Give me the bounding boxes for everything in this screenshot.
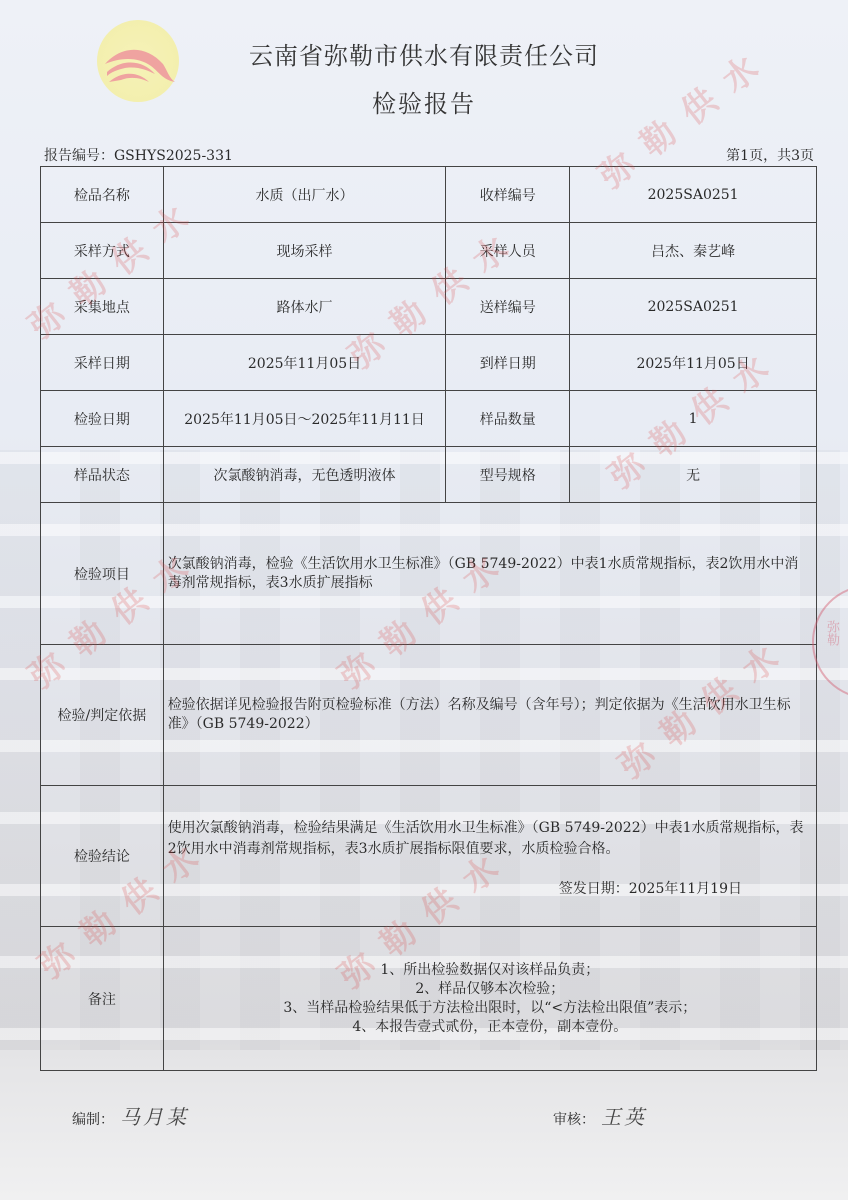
field-label: 到样日期 <box>446 335 570 391</box>
table-row: 样品状态 次氯酸钠消毒，无色透明液体 型号规格 无 <box>41 447 817 503</box>
field-value: 1 <box>570 391 817 447</box>
remarks-row: 备注 1、所出检验数据仅对该样品负责； 2、样品仅够本次检验； 3、当样品检验结… <box>41 927 817 1071</box>
compiled-by-label: 编制： <box>72 1112 114 1128</box>
field-label: 检验日期 <box>41 391 164 447</box>
field-label: 样品状态 <box>41 447 164 503</box>
remarks-label: 备注 <box>41 927 164 1071</box>
test-items-label: 检验项目 <box>41 503 164 645</box>
remark-item: 1、所出检验数据仅对该样品负责； <box>164 961 816 980</box>
test-items-text: 次氯酸钠消毒，检验《生活饮用水卫生标准》（GB 5749-2022）中表1水质常… <box>163 503 816 645</box>
remark-item: 4、本报告壹式贰份，正本壹份，副本壹份。 <box>164 1018 816 1037</box>
field-value: 2025年11月05日～2025年11月11日 <box>163 391 446 447</box>
seal-text: 弥勒 <box>822 620 841 646</box>
reviewer-signature: 王英 <box>601 1105 647 1129</box>
field-value: 吕杰、秦艺峰 <box>570 223 817 279</box>
table-row: 检品名称 水质（出厂水） 收样编号 2025SA0251 <box>41 167 817 223</box>
report-table: 检品名称 水质（出厂水） 收样编号 2025SA0251 采样方式 现场采样 采… <box>40 166 817 1071</box>
compiled-by: 编制：马月某 <box>72 1101 189 1130</box>
reviewed-by: 审核：王英 <box>553 1101 647 1130</box>
field-value: 2025年11月05日 <box>163 335 446 391</box>
table-row: 采样方式 现场采样 采样人员 吕杰、秦艺峰 <box>41 223 817 279</box>
compiler-signature: 马月某 <box>120 1105 189 1129</box>
basis-row: 检验/判定依据 检验依据详见检验报告附页检验标准（方法）名称及编号（含年号）；判… <box>41 645 817 786</box>
report-title: 检验报告 <box>0 84 848 119</box>
conclusion-label: 检验结论 <box>41 786 164 927</box>
table-row: 采集地点 路体水厂 送样编号 2025SA0251 <box>41 279 817 335</box>
report-number: 报告编号：GSHYS2025-331 <box>44 145 233 165</box>
page-info: 第1页，共3页 <box>726 145 814 165</box>
field-value: 2025年11月05日 <box>570 335 817 391</box>
test-items-row: 检验项目 次氯酸钠消毒，检验《生活饮用水卫生标准》（GB 5749-2022）中… <box>41 503 817 645</box>
field-label: 采样人员 <box>446 223 570 279</box>
field-label: 型号规格 <box>446 447 570 503</box>
field-value: 2025SA0251 <box>570 279 817 335</box>
basis-label: 检验/判定依据 <box>41 645 164 786</box>
remarks-list: 1、所出检验数据仅对该样品负责； 2、样品仅够本次检验； 3、当样品检验结果低于… <box>163 927 816 1071</box>
field-label: 采样日期 <box>41 335 164 391</box>
basis-text: 检验依据详见检验报告附页检验标准（方法）名称及编号（含年号）；判定依据为《生活饮… <box>163 645 816 786</box>
field-label: 采集地点 <box>41 279 164 335</box>
field-label: 送样编号 <box>446 279 570 335</box>
field-label: 样品数量 <box>446 391 570 447</box>
field-value: 水质（出厂水） <box>163 167 446 223</box>
field-value: 次氯酸钠消毒，无色透明液体 <box>163 447 446 503</box>
table-row: 采样日期 2025年11月05日 到样日期 2025年11月05日 <box>41 335 817 391</box>
company-name: 云南省弥勒市供水有限责任公司 <box>0 36 848 71</box>
field-label: 收样编号 <box>446 167 570 223</box>
field-value: 现场采样 <box>163 223 446 279</box>
field-value: 无 <box>570 447 817 503</box>
report-number-label: 报告编号： <box>44 148 114 164</box>
field-value: 2025SA0251 <box>570 167 817 223</box>
remark-item: 3、当样品检验结果低于方法检出限时，以“<方法检出限值”表示； <box>164 999 816 1018</box>
report-number-value: GSHYS2025-331 <box>114 148 233 164</box>
table-row: 检验日期 2025年11月05日～2025年11月11日 样品数量 1 <box>41 391 817 447</box>
issue-date: 签发日期：2025年11月19日 <box>559 878 742 898</box>
field-value: 路体水厂 <box>163 279 446 335</box>
conclusion-row: 检验结论 使用次氯酸钠消毒，检验结果满足《生活饮用水卫生标准》（GB 5749-… <box>41 786 817 927</box>
reviewed-by-label: 审核： <box>553 1112 595 1128</box>
field-label: 检品名称 <box>41 167 164 223</box>
remark-item: 2、样品仅够本次检验； <box>164 980 816 999</box>
conclusion-text: 使用次氯酸钠消毒，检验结果满足《生活饮用水卫生标准》（GB 5749-2022）… <box>168 818 808 860</box>
field-label: 采样方式 <box>41 223 164 279</box>
